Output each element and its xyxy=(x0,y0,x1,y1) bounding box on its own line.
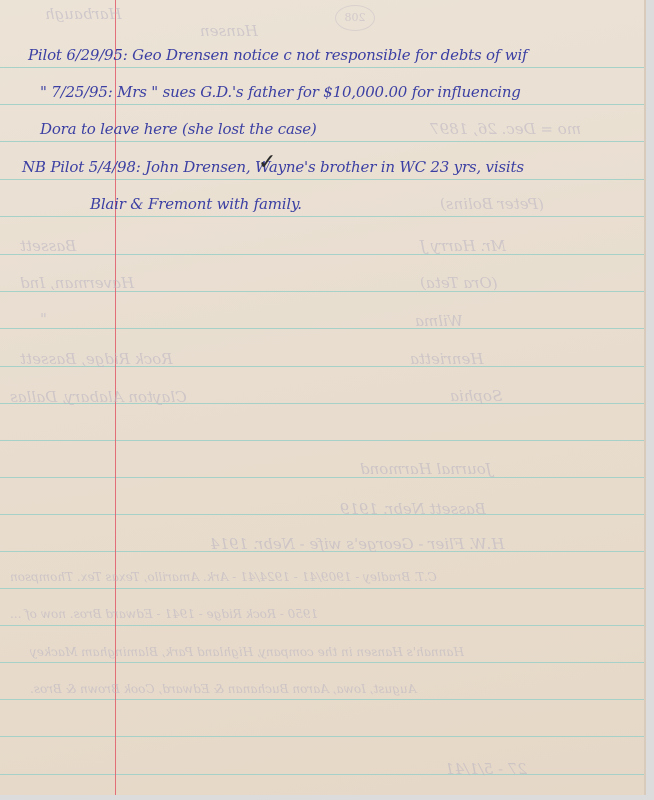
entry-2-line-2: Blair & Fremont with family. xyxy=(90,195,302,213)
bleed-text: Hansen xyxy=(200,22,258,40)
rule-line xyxy=(0,104,644,105)
rule-line xyxy=(0,440,644,441)
bleed-text: Mr. Harry J xyxy=(420,237,506,255)
bleed-text: Bassett Nebr. 1919 xyxy=(340,500,486,518)
bleed-text: 1950 - Rock Ridge - 1941 - Edward Bros. … xyxy=(10,607,318,621)
rule-line xyxy=(0,216,644,217)
bleed-text: Hannah's Hansen in the company, Highland… xyxy=(30,645,464,659)
bleed-text: Bassett xyxy=(20,237,76,255)
notebook-page: 208 Harbaugh Hansen mo = Dec. 26, 1897 (… xyxy=(0,0,646,795)
bleed-text: Wilma xyxy=(415,312,463,330)
rule-line xyxy=(0,699,644,700)
rule-line xyxy=(0,477,644,478)
rule-line xyxy=(0,625,644,626)
entry-1-line-1: Pilot 6/29/95: Geo Drensen notice c not … xyxy=(28,46,527,64)
rule-line xyxy=(0,662,644,663)
bleed-text: Sophia xyxy=(450,387,502,405)
bleed-text: Journal Harmond xyxy=(360,460,492,478)
rule-line xyxy=(0,588,644,589)
bleed-text: (Peter Bolins) xyxy=(440,195,544,213)
rule-line xyxy=(0,254,644,255)
bleed-text: Clayton Alabary, Dallas xyxy=(10,388,187,406)
bleed-page-number: 208 xyxy=(335,5,375,31)
rule-line xyxy=(0,141,644,142)
bleed-text: H.W. Flier - George's wife - Nebr. 1914 xyxy=(210,535,504,553)
bleed-text: August, Iowa, Aaron Buchanan & Edward, C… xyxy=(30,682,416,696)
bleed-text: (Ora Teta) xyxy=(420,274,498,292)
bleed-text: " xyxy=(40,310,47,328)
bleed-text: Henrietta xyxy=(410,350,483,368)
bleed-text: 27 - 5/1/41 xyxy=(445,760,527,778)
rule-line xyxy=(0,67,644,68)
rule-line xyxy=(0,774,644,775)
bleed-text: Harbaugh xyxy=(45,5,122,23)
bleed-text: Haverman, Ind xyxy=(20,274,134,292)
entry-1-line-3: Dora to leave here (she lost the case) xyxy=(40,120,317,138)
bleed-text: Rock Ridge, Bassett xyxy=(20,350,173,368)
rule-line xyxy=(0,328,644,329)
bleed-text: mo = Dec. 26, 1897 xyxy=(430,120,581,138)
bleed-text: C.T. Bradley - 1909/41 - 1924/41 - Ark. … xyxy=(10,570,437,584)
rule-line xyxy=(0,736,644,737)
entry-1-line-2: " 7/25/95: Mrs " sues G.D.'s father for … xyxy=(40,83,521,101)
rule-line xyxy=(0,514,644,515)
rule-line xyxy=(0,179,644,180)
checkmark-icon: ✓ xyxy=(258,150,276,175)
